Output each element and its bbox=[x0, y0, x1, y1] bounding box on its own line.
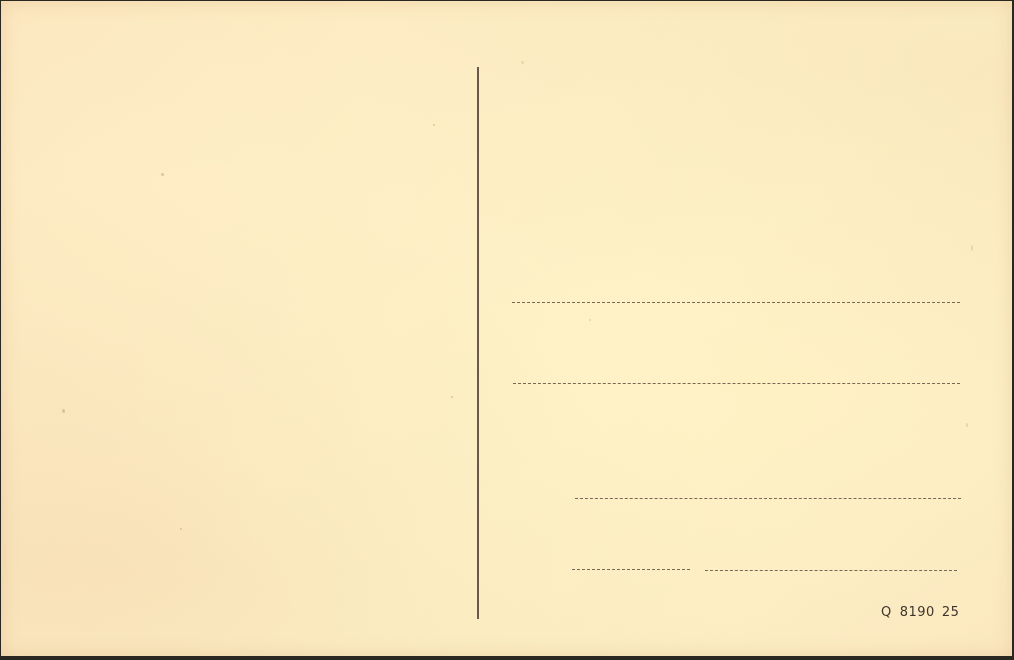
paper-speck bbox=[521, 61, 524, 64]
postcard-back: Q819025 bbox=[1, 1, 1012, 656]
address-line-1 bbox=[512, 302, 960, 303]
address-line-3 bbox=[575, 498, 961, 499]
paper-speck bbox=[161, 173, 164, 176]
paper-speck bbox=[971, 245, 973, 251]
paper-speck bbox=[433, 124, 435, 126]
paper-speck bbox=[62, 409, 65, 413]
address-line-4b bbox=[705, 570, 957, 571]
paper-speck bbox=[451, 396, 453, 398]
printer-code: Q819025 bbox=[881, 605, 959, 620]
address-line-2 bbox=[513, 383, 960, 384]
paper-speck bbox=[589, 319, 591, 321]
center-divider-line bbox=[477, 67, 479, 619]
printer-code-suffix: 25 bbox=[942, 605, 960, 620]
address-line-4a bbox=[572, 569, 690, 570]
paper-speck bbox=[966, 423, 968, 427]
printer-mark-icon: Q bbox=[881, 605, 892, 620]
printer-code-number: 8190 bbox=[900, 605, 935, 620]
paper-speck bbox=[180, 528, 182, 530]
